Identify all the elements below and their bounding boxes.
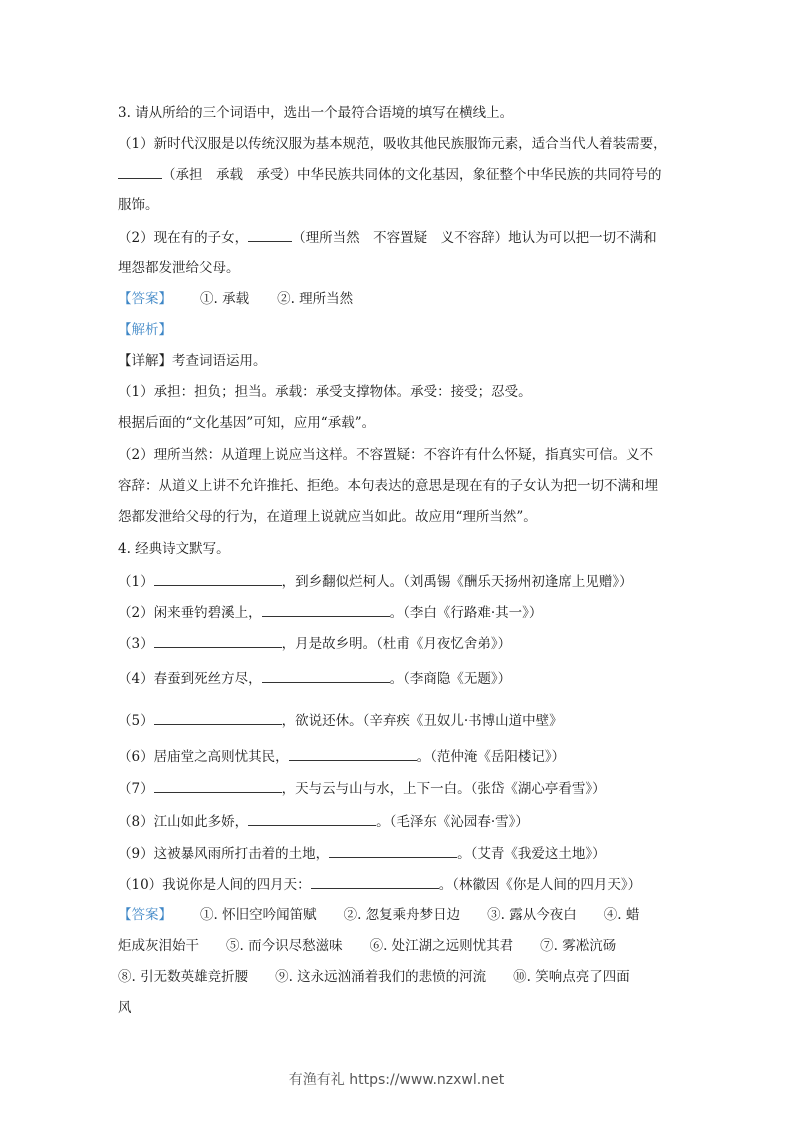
blank-line <box>118 165 162 179</box>
q4-item: （8）江山如此多娇，。（毛泽东《沁园春·雪》） <box>118 812 529 831</box>
blank-line <box>248 228 292 242</box>
q3-p2-line1: （2）现在有的子女，（理所当然 不容置疑 义不容辞）地认为可以把一切不满和 <box>118 228 657 247</box>
footer-watermark: 有渔有礼 https://www.nzxwl.net <box>0 1069 793 1089</box>
q3-p2-line2: 埋怨都发泄给父母。 <box>118 259 240 277</box>
q4-title: 4. 经典诗文默写。 <box>118 540 230 558</box>
analysis-label: 【解析】 <box>118 321 172 339</box>
q4-answer-line4: 风 <box>118 999 132 1017</box>
expl3-line1: （2）理所当然：从道理上说应当这样。不容置疑：不容许有什么怀疑，指真实可信。义不 <box>118 446 653 464</box>
q4-item: （9）这被暴风雨所打击着的土地，。（艾青《我爱这土地》） <box>118 844 606 863</box>
q4-item: （1），到乡翻似烂柯人。（刘禹锡《酬乐天扬州初逢席上见赠》） <box>118 572 633 591</box>
q3-p1-line3: 服饰。 <box>118 196 159 214</box>
q4-item: （4）春蚕到死丝方尽，。（李商隐《无题》） <box>118 669 511 688</box>
q4-item: （5），欲说还休。（辛弃疾《丑奴儿·书博山道中壁》 <box>118 711 563 730</box>
expl3-line2: 容辞：从道义上讲不允许推托、拒绝。本句表达的意思是现在有的子女认为把一切不满和埋 <box>118 477 658 495</box>
q4-item: （3），月是故乡明。（杜甫《月夜忆舍弟》） <box>118 634 511 653</box>
q4-item: （7），天与云与山与水，上下一白。（张岱《湖心亭看雪》） <box>118 779 606 798</box>
q4-item: （6）居庙堂之高则忧其民，。（范仲淹《岳阳楼记》） <box>118 747 565 766</box>
q4-answer-line2: 炬成灰泪始干 ⑤. 而今识尽愁滋味 ⑥. 处江湖之远则忧其君 ⑦. 雾凇沆砀 <box>118 937 616 955</box>
answer-label: 【答案】 <box>118 907 172 923</box>
q3-p1-line1: （1）新时代汉服是以传统汉服为基本规范，吸收其他民族服饰元素，适合当代人着装需要… <box>118 135 667 153</box>
expl2: 根据后面的“文化基因”可知，应用“承载”。 <box>118 414 375 432</box>
q3-title: 3. 请从所给的三个词语中，选出一个最符合语境的填写在横线上。 <box>118 104 513 122</box>
q3-p1-line2: （承担 承载 承受）中华民族共同体的文化基因，象征整个中华民族的共同符号的 <box>118 165 662 184</box>
q3-answer: 【答案】①. 承载②. 理所当然 <box>118 290 353 308</box>
detail: 【详解】考查词语运用。 <box>118 352 267 370</box>
q4-answer-line3: ⑧. 引无数英雄竞折腰 ⑨. 这永远汹涌着我们的悲愤的河流 ⑩. 笑响点亮了四面 <box>118 968 630 986</box>
q4-answer-line1: 【答案】①. 怀旧空吟闻笛赋 ②. 忽复乘舟梦日边 ③. 露从今夜白 ④. 蜡 <box>118 906 639 924</box>
expl1: （1）承担：担负；担当。承载：承受支撑物体。承受：接受；忍受。 <box>118 383 532 401</box>
answer-label: 【答案】 <box>118 291 172 307</box>
q4-item: （10）我说你是人间的四月天：。（林徽因《你是人间的四月天》） <box>118 875 641 894</box>
q4-item: （2）闲来垂钓碧溪上，。（李白《行路难·其一》） <box>118 603 542 622</box>
expl3-line3: 怨都发泄给父母的行为，在道理上说就应当如此。故应用“理所当然”。 <box>118 508 537 526</box>
